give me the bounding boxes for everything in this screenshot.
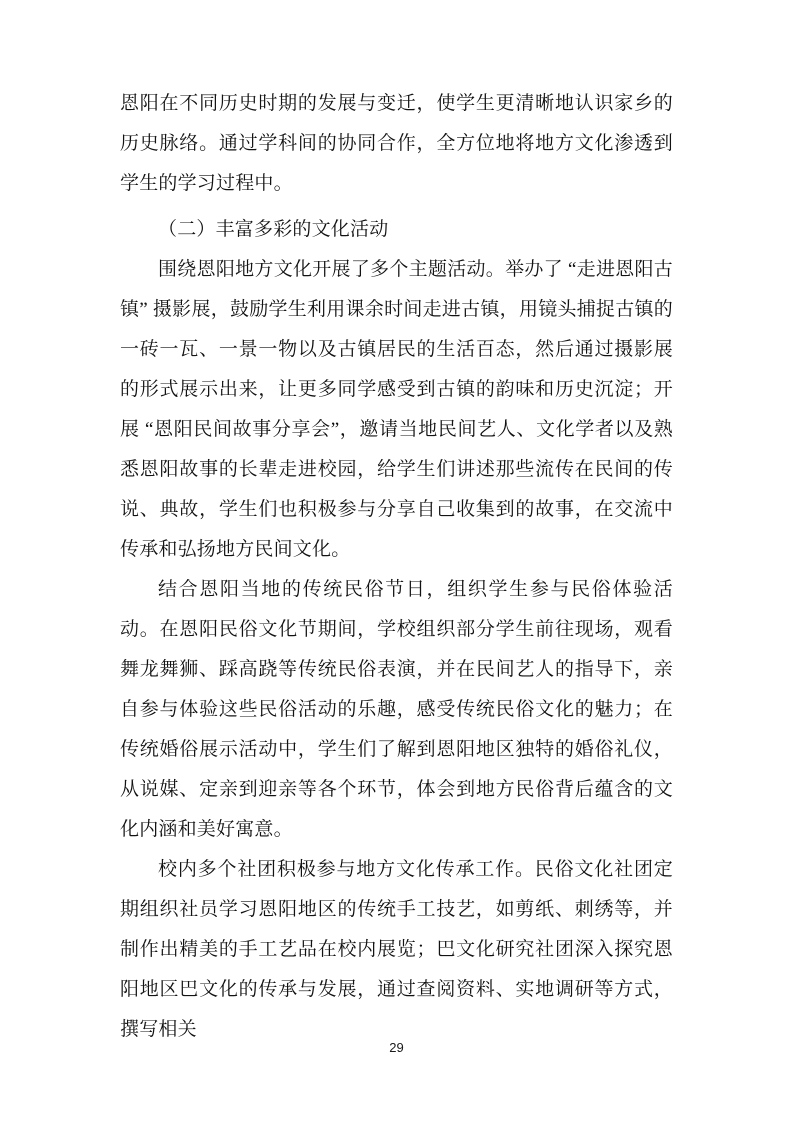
page-content: 恩阳在不同历史时期的发展与变迁，使学生更清晰地认识家乡的历史脉络。通过学科间的协… (120, 84, 673, 1050)
paragraph-folk-custom-experience: 结合恩阳当地的传统民俗节日，组织学生参与民俗体验活动。在恩阳民俗文化节期间，学校… (120, 570, 673, 850)
paragraph-culture-activities: 围绕恩阳地方文化开展了多个主题活动。举办了 “走进恩阳古镇” 摄影展，鼓励学生利… (120, 250, 673, 570)
page-number: 29 (0, 1040, 793, 1055)
paragraph-student-clubs: 校内多个社团积极参与地方文化传承工作。民俗文化社团定期组织社员学习恩阳地区的传统… (120, 850, 673, 1050)
paragraph-continuation: 恩阳在不同历史时期的发展与变迁，使学生更清晰地认识家乡的历史脉络。通过学科间的协… (120, 84, 673, 204)
section-heading: （二）丰富多彩的文化活动 (120, 210, 673, 250)
document-page: 恩阳在不同历史时期的发展与变迁，使学生更清晰地认识家乡的历史脉络。通过学科间的协… (0, 0, 793, 1122)
